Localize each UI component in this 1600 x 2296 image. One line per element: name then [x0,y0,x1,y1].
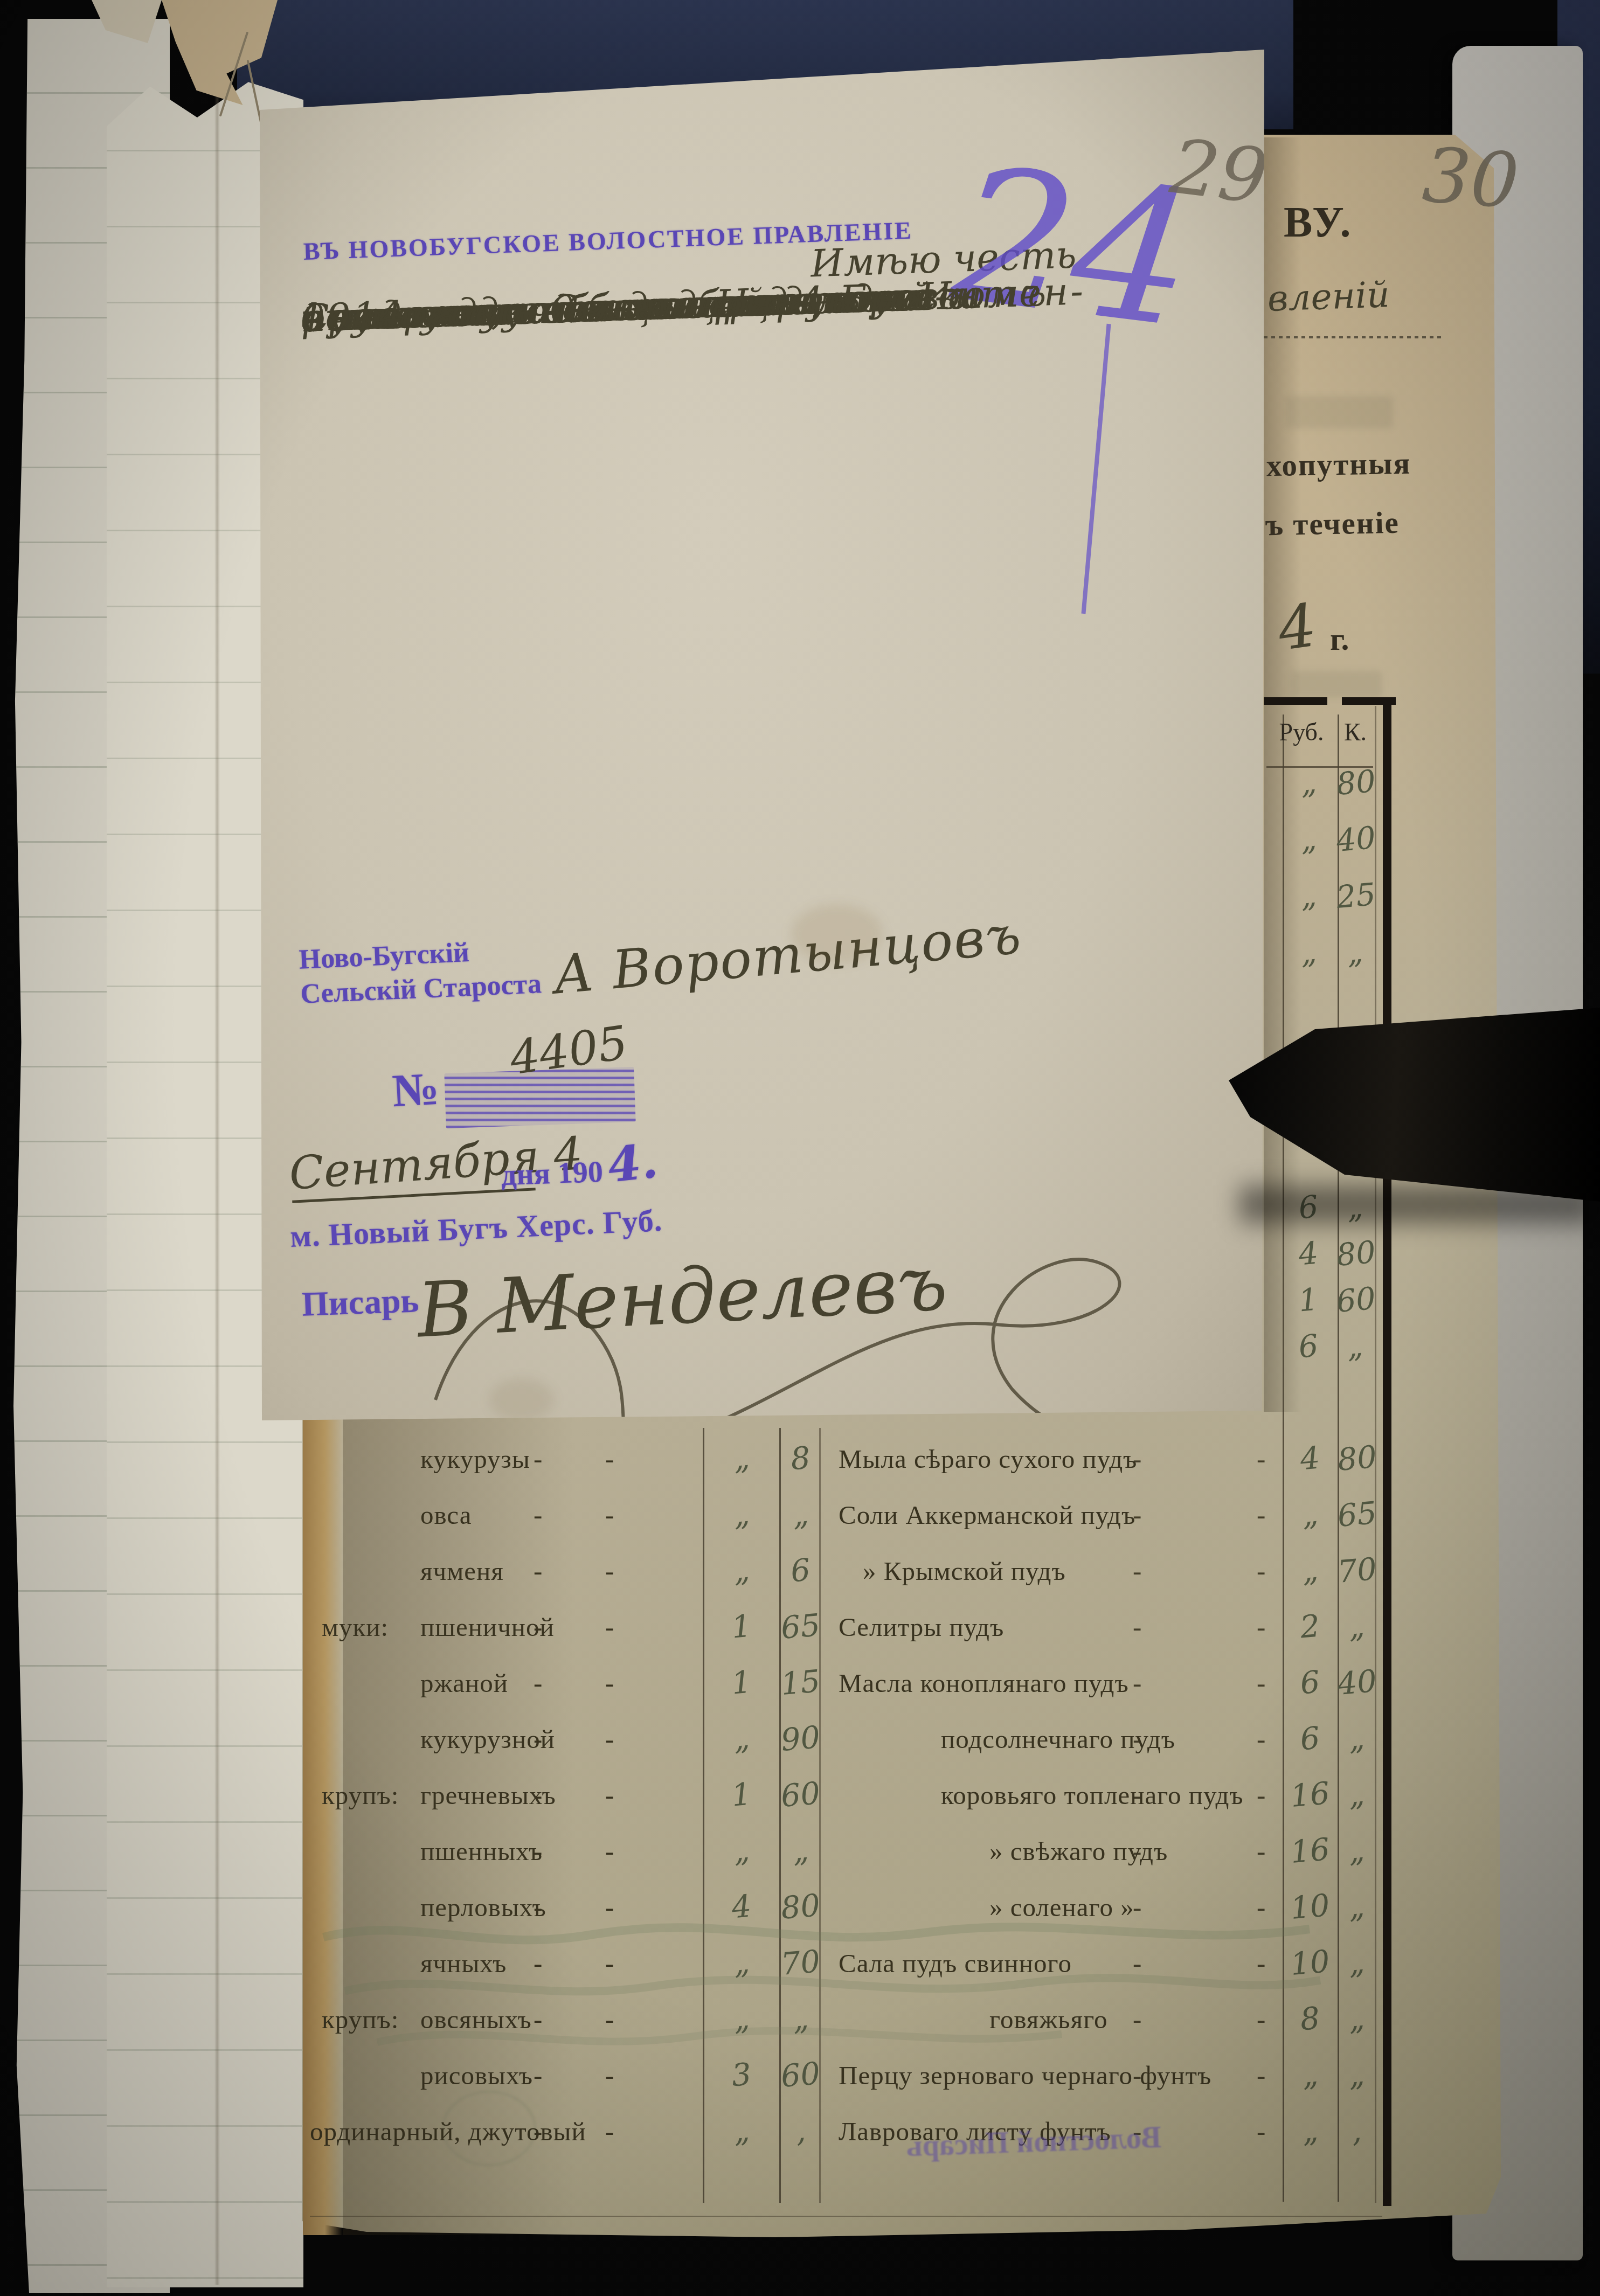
kopecks-value: 90 [779,1719,822,1758]
dash: - [1133,2004,1142,2035]
item-name: коровьяго топленаго пудъ [941,1780,1244,1811]
kopecks-value: 60 [779,2056,822,2094]
kopecks-value: 8 [779,1439,822,1478]
dash: - [1257,1780,1266,1811]
dash: - [605,1892,614,1923]
dash: - [1257,1668,1266,1698]
dash: - [1257,1444,1266,1474]
price-row: кукурузы - - „ 8 [310,1431,821,1487]
kopecks-value: 80 [1336,1439,1376,1478]
price-row: » свѣжаго пудъ - - 16 „ [839,1823,1383,1879]
kopecks-value: 60 [779,1775,822,1814]
kopecks-value: „ [1336,1832,1376,1870]
rubles-value: „ [702,1830,780,1872]
price-row: „ 40 [1265,811,1374,868]
archive-photo: 30 ВУ. вленій хопутныя ъ теченіе 4 г. Ру… [0,0,1600,2296]
paper-stain [489,1378,554,1421]
dash: - [1133,1612,1142,1642]
dash: - [534,2004,543,2035]
kopecks-value: 70 [1336,1551,1376,1590]
dash: - [605,1444,614,1474]
clerk-label-stamp: Писарь [301,1280,420,1324]
item-name: перловыхъ [420,1892,546,1923]
rubles-value: „ [1280,876,1336,915]
printed-header-fragment: хопутныя [1266,446,1411,484]
item-name: ячменя [420,1556,504,1586]
starosta-signature: А Воротынцовъ [551,904,1024,1006]
handwriting-fragment: вленій [1267,274,1390,320]
printed-header-fragment: ъ теченіе [1265,505,1400,543]
letter-line: 1914 года Сентября 4 дня [300,270,931,345]
printed-year-letter: г. [1330,621,1349,658]
ink-ghost [1291,671,1382,698]
column-header-kop: К. [1336,718,1374,746]
rubles-value: 1 [702,1662,780,1704]
dash: - [534,1444,543,1474]
dash: - [534,1668,543,1698]
dash: - [1257,1892,1266,1923]
rubles-value: 4 [1282,1439,1338,1479]
item-name: овсяныхъ [420,2004,532,2035]
kopecks-value: „ [1336,1944,1376,1982]
kopecks-value: 80 [1335,764,1374,802]
rubles-value: 10 [1282,1943,1338,1983]
page-number-29: 29 [1166,123,1272,221]
rubles-value: 16 [1282,1831,1338,1871]
dash: - [1133,1444,1142,1474]
item-name: Соли Аккерманской пудъ [839,1500,1135,1530]
item-name: рисовыхъ [420,2060,533,2091]
kopecks-value: „ [1336,1607,1376,1646]
kopecks-value: „ [1336,1775,1376,1814]
dash: - [534,1780,543,1811]
price-row: Селитры пудъ - - 2 „ [839,1599,1383,1655]
price-row: муки: пшеничной - - 1 65 [310,1599,821,1655]
rubles-value: 4 [702,1886,780,1928]
dash: - [1133,1556,1142,1586]
kopecks-value: 6 [779,1551,822,1590]
dash: - [534,1500,543,1530]
rubles-value: „ [1282,2111,1338,2151]
item-name: Перцу зерноваго чернаго фунтъ [839,2060,1211,2091]
price-row: ячменя - - „ 6 [310,1543,821,1599]
kopecks-value: , [779,2112,822,2151]
price-row: 4 80 [1265,1231,1374,1277]
dash: - [605,2004,614,2035]
price-row: 6 „ [1265,1323,1374,1370]
rubles-value: „ [1282,2055,1338,2095]
kopecks-value: „ [1335,1327,1374,1366]
number-label: № [391,1062,440,1118]
dash: - [534,1612,543,1642]
item-category: крупъ: [322,2004,399,2035]
price-row: 1 60 [1265,1277,1374,1323]
column-header-rub: Руб. [1267,718,1335,746]
rubles-value: 10 [1282,1887,1338,1927]
rubles-value: 6 [1280,1327,1336,1366]
dash: - [1133,1724,1142,1754]
rubles-value: 1 [702,1606,780,1648]
rubles-value: „ [702,1942,780,1984]
item-name: Селитры пудъ [839,1612,1004,1642]
rubles-value: 6 [1282,1663,1338,1703]
kopecks-value: „ [779,1832,822,1870]
page-number-30: 30 [1420,131,1522,226]
dash: - [605,1612,614,1642]
dash: - [1133,2060,1142,2091]
page-crease [214,86,220,2285]
price-row: крупъ: овсяныхъ - - „ „ [310,1991,821,2047]
paper-stain [791,904,883,963]
kopecks-value: „ [1336,2056,1376,2094]
price-row: ржаной - - 1 15 [310,1655,821,1711]
dash: - [534,1948,543,1979]
item-name: Масла коноплянаго пудъ [839,1668,1129,1698]
dash: - [605,1556,614,1586]
rubles-value: „ [702,1998,780,2040]
rubles-value: „ [702,2110,780,2152]
dash: - [1133,1892,1142,1923]
date-stamp-printed: дня 190 [501,1155,604,1193]
item-name: ячныхъ [420,1948,507,1979]
dash: - [534,1892,543,1923]
price-row: рисовыхъ - - 3 60 [310,2047,821,2103]
price-row: Соли Аккерманской пудъ - - „ 65 [839,1487,1383,1543]
item-name: говяжьяго [989,2004,1108,2035]
starosta-stamp: Ново-Бугскій Сельскій Староста [298,932,542,1011]
price-row: крупъ: гречневыхъ - - 1 60 [310,1767,821,1823]
dash: - [1257,1836,1266,1867]
kopecks-value: 65 [1336,1495,1376,1534]
item-name: » соленаго » [989,1892,1134,1923]
dash: - [1257,1556,1266,1586]
rubles-value: „ [1282,1551,1338,1591]
price-row: Перцу зерноваго чернаго фунтъ - - „ „ [839,2047,1383,2103]
kopecks-value: 40 [1336,1663,1376,1702]
dash: - [605,1724,614,1754]
price-row: „ 80 [1265,754,1374,811]
item-name: Сала пудъ свинного [839,1948,1072,1979]
kopecks-value: „ [779,1495,822,1534]
kopecks-value: „ [1336,2000,1376,2038]
item-name: ординарный, джутовый [310,2116,586,2147]
dash: - [1133,1948,1142,1979]
dash: - [605,1836,614,1867]
dash: - [1133,1836,1142,1867]
item-name: овса [420,1500,472,1530]
rubles-value: „ [1280,762,1336,802]
date-stamp-year: 4. [605,1132,660,1193]
price-row: ординарный, джутовый - - „ , [310,2103,821,2159]
kopecks-value: 25 [1335,877,1374,915]
rubles-value: 6 [1282,1719,1338,1759]
item-category: крупъ: [322,1780,399,1811]
printed-title-fragment: ВУ. [1284,198,1354,247]
kopecks-value: , [1336,2112,1376,2151]
price-row: подсолнечнаго пудъ - - 6 „ [839,1711,1383,1767]
price-strip-top: „ 80 „ 40 „ 25 „ „ [1265,754,1374,986]
dash: - [605,1668,614,1698]
kopecks-value: „ [779,2000,822,2038]
kopecks-value: 65 [779,1607,822,1646]
price-row: пшенныхъ - - „ „ [310,1823,821,1879]
handwritten-letter-page: ВЪ НОВОБУГСКОЕ ВОЛОСТНОЕ ПРАВЛЕНІЕ Имѣю … [258,47,1266,1423]
dash: - [605,1948,614,1979]
sheet-bottom-rule [310,2216,1382,2217]
price-row: „ „ [1265,924,1374,981]
dotted-rule [1264,336,1444,338]
dash: - [1257,1948,1266,1979]
price-row: ячныхъ - - „ 70 [310,1935,821,1991]
filing-number-mark: 24 [945,142,1203,355]
rubles-value: 1 [1280,1280,1336,1320]
dash: - [1257,2060,1266,2091]
price-table-right-list: Мыла сѣраго сухого пудъ - - 4 80 Соли Ак… [839,1431,1383,2163]
kopecks-value: 60 [1335,1281,1374,1320]
price-table-left-list: кукурузы - - „ 8 овса - - „ „ ячменя - - [310,1431,821,2163]
rubles-value: 2 [1282,1607,1338,1647]
price-row: » соленаго » - - 10 „ [839,1879,1383,1935]
price-row: коровьяго топленаго пудъ - - 16 „ [839,1767,1383,1823]
table-border-right [1383,697,1391,2206]
rubles-value: 1 [702,1774,780,1816]
dash: - [1257,1612,1266,1642]
price-row: » Крымской пудъ - - „ 70 [839,1543,1383,1599]
rubles-value: „ [702,1550,780,1592]
price-row: говяжьяго - - 8 „ [839,1991,1383,2047]
filing-mark-tail [1081,324,1111,614]
ink-ghost [1285,396,1393,428]
rubles-value: „ [702,1438,780,1480]
item-name: » Крымской пудъ [863,1556,1066,1586]
rubles-value: 8 [1282,1999,1338,2039]
rubles-value: „ [1282,1495,1338,1535]
dash: - [605,1500,614,1530]
kopecks-value: 15 [779,1663,822,1702]
dash: - [534,2116,543,2147]
rubles-value: 4 [1280,1234,1336,1274]
item-name: кукурузы [420,1444,530,1474]
kopecks-value: „ [1335,933,1374,972]
dash: - [534,2060,543,2091]
item-category: муки: [322,1612,389,1642]
rubles-value: 16 [1282,1775,1338,1815]
kopecks-value: 70 [779,1944,822,1982]
dash: - [1257,1724,1266,1754]
kopecks-value: 40 [1335,820,1374,859]
price-row: Сала пудъ свинного - - 10 „ [839,1935,1383,1991]
dash: - [1257,2116,1266,2147]
rubles-value: „ [702,1494,780,1536]
price-row: Масла коноплянаго пудъ - - 6 40 [839,1655,1383,1711]
dash: - [534,1724,543,1754]
item-name: ржаной [420,1668,508,1698]
dash: - [605,1780,614,1811]
kopecks-value: „ [1336,1719,1376,1758]
rubles-value: „ [1280,819,1336,859]
dash: - [1133,1780,1142,1811]
item-name: Мыла сѣраго сухого пудъ [839,1444,1137,1474]
dash: - [605,2060,614,2091]
kopecks-value: „ [1336,1888,1376,1926]
dash: - [1257,2004,1266,2035]
dash: - [1257,1500,1266,1530]
kopecks-value: 80 [779,1888,822,1926]
dash: - [534,1556,543,1586]
dash: - [605,2116,614,2147]
dash: - [1133,1500,1142,1530]
rubles-value: „ [1280,932,1336,972]
price-row: перловыхъ - - 4 80 [310,1879,821,1935]
rubles-value: 3 [702,2054,780,2096]
item-name: пшенныхъ [420,1836,543,1867]
rubles-value: „ [702,1718,780,1760]
kopecks-value: 80 [1335,1234,1374,1273]
dash: - [534,1836,543,1867]
price-row: Мыла сѣраго сухого пудъ - - 4 80 [839,1431,1383,1487]
table-border-top [1264,697,1327,705]
dash: - [1133,1668,1142,1698]
price-row: кукурузной - - „ 90 [310,1711,821,1767]
price-row: „ 25 [1265,868,1374,924]
price-row: овса - - „ „ [310,1487,821,1543]
